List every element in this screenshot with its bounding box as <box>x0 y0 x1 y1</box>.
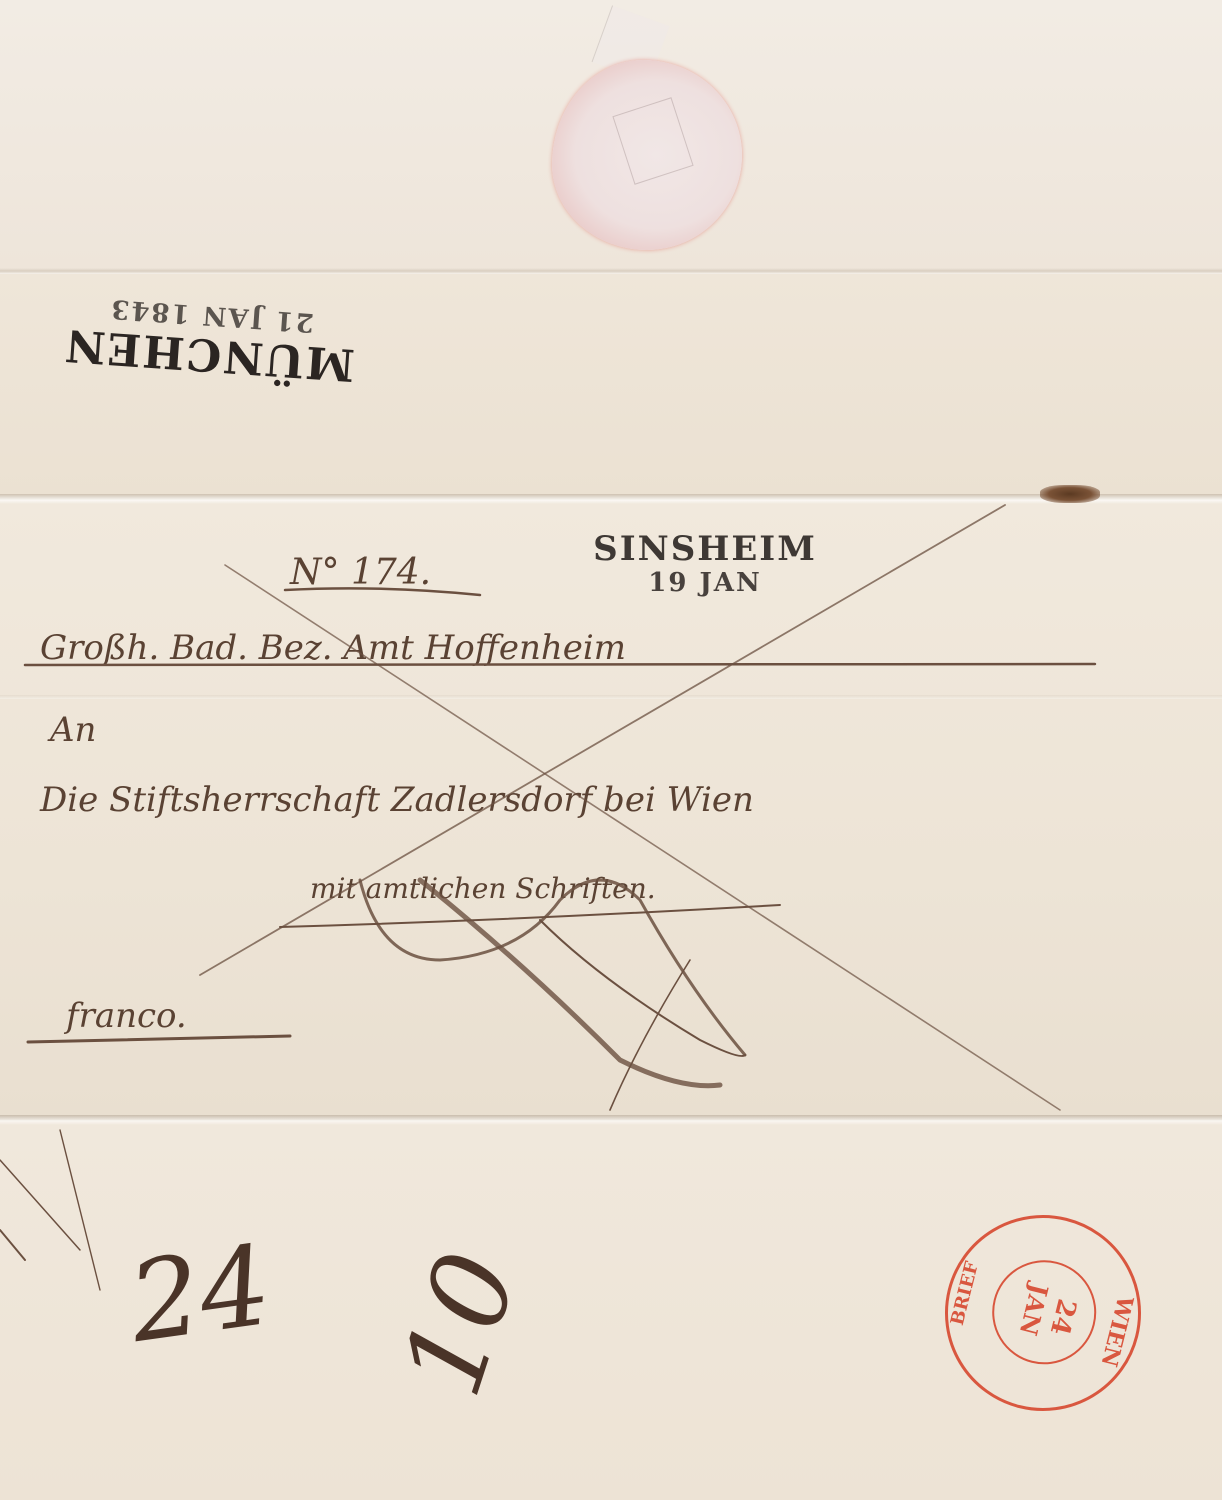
address-line-sender: Großh. Bad. Bez. Amt Hoffenheim <box>40 628 626 668</box>
address-line-an: An <box>50 710 96 750</box>
franco-marking: franco. <box>66 996 187 1036</box>
fold-line <box>0 268 1222 274</box>
fold-line <box>0 494 1222 504</box>
postmark-date: 19 JAN <box>555 568 855 598</box>
postmark-city: SINSHEIM <box>555 530 855 568</box>
fold-line <box>0 1115 1222 1125</box>
address-line-note: mit amtlichen Schriften. <box>310 872 656 905</box>
postmark-inner-circle: 24 JAN <box>981 1249 1107 1375</box>
address-line-recipient: Die Stiftsherrschaft Zadlersdorf bei Wie… <box>40 780 754 820</box>
sinsheim-postmark: SINSHEIM 19 JAN <box>555 530 855 598</box>
registry-number: N° 174. <box>290 552 431 593</box>
seal-imprint <box>612 97 693 185</box>
ink-stain <box>1040 485 1100 503</box>
letter-sheet: MÜNCHEN 21 JAN 1843 N° 174. SINSHEIM 19 … <box>0 0 1222 1500</box>
wax-seal <box>552 60 742 250</box>
fold-line <box>0 695 1222 699</box>
rate-marking-left: 24 <box>122 1221 278 1367</box>
